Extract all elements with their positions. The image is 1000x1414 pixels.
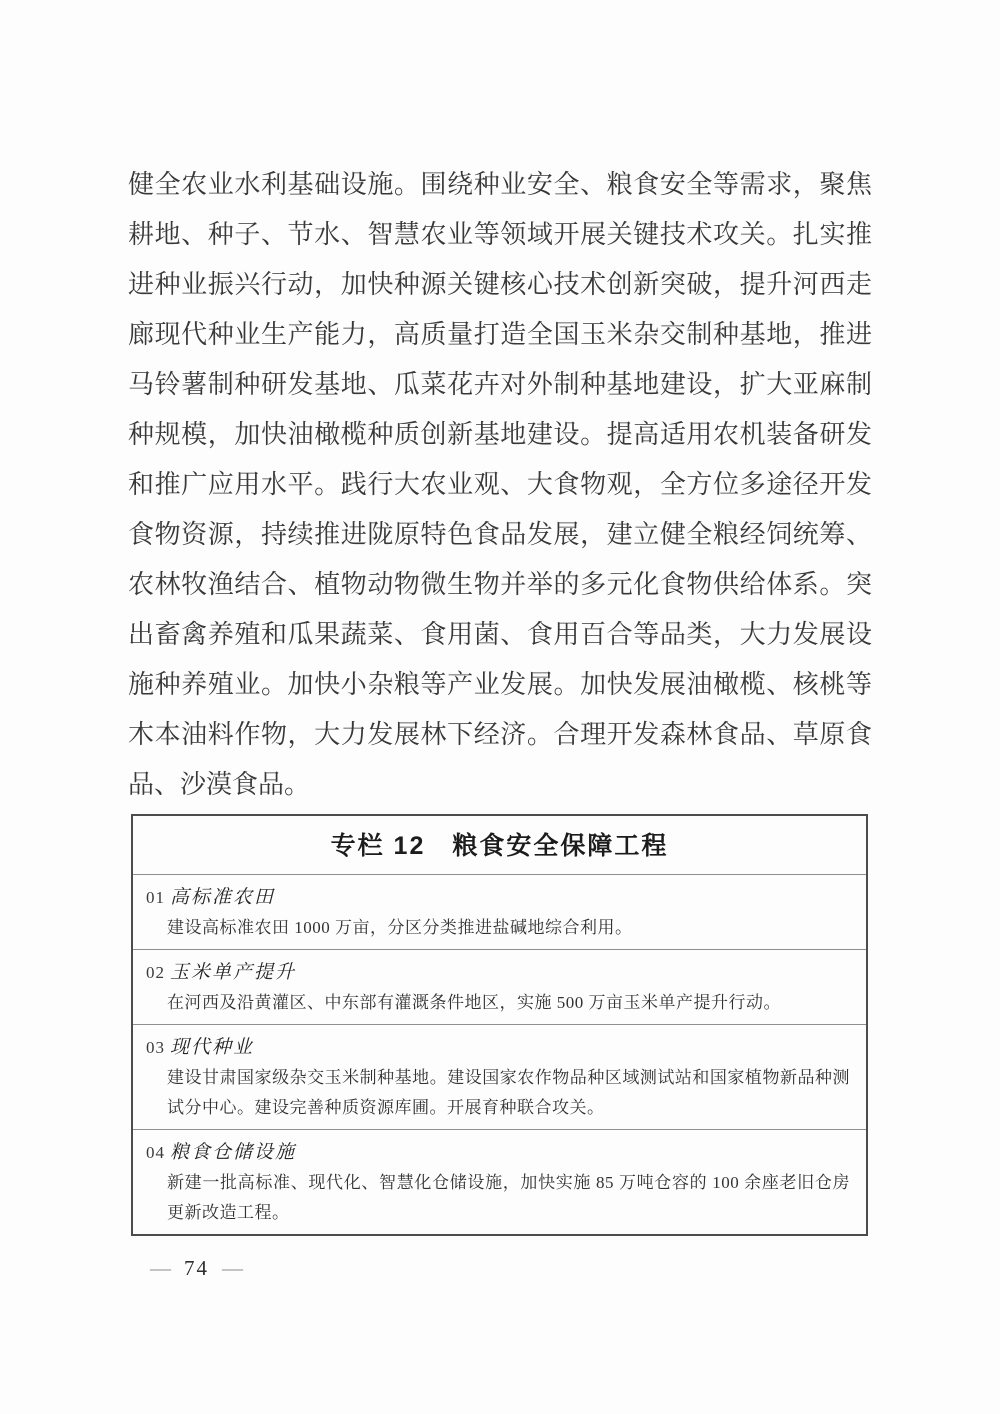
panel-item-description: 新建一批高标准、现代化、智慧化仓储设施，加快实施 85 万吨仓容的 100 余座… bbox=[167, 1168, 850, 1228]
panel-item-description: 建设甘肃国家级杂交玉米制种基地。建设国家农作物品种区域测试站和国家植物新品种测试… bbox=[167, 1063, 850, 1123]
paragraph-line: 种规模，加快油橄榄种质创新基地建设。提高适用农机装备研发 bbox=[128, 410, 872, 460]
document-page: 健全农业水利基础设施。围绕种业安全、粮食安全等需求，聚焦耕地、种子、节水、智慧农… bbox=[0, 0, 1000, 1414]
paragraph-line: 马铃薯制种研发基地、瓜菜花卉对外制种基地建设，扩大亚麻制 bbox=[128, 360, 872, 410]
paragraph-line: 和推广应用水平。践行大农业观、大食物观，全方位多途径开发 bbox=[128, 460, 872, 510]
panel-item-number: 01 bbox=[146, 885, 170, 910]
panel-item-list: 01 高标准农田 建设高标准农田 1000 万亩，分区分类推进盐碱地综合利用。 … bbox=[133, 874, 866, 1234]
paragraph-line: 农林牧渔结合、植物动物微生物并举的多元化食物供给体系。突 bbox=[128, 560, 872, 610]
panel-item-title: 现代种业 bbox=[170, 1035, 254, 1060]
panel-item: 01 高标准农田 建设高标准农田 1000 万亩，分区分类推进盐碱地综合利用。 bbox=[133, 874, 866, 949]
paragraph-line: 出畜禽养殖和瓜果蔬菜、食用菌、食用百合等品类，大力发展设 bbox=[128, 610, 872, 660]
panel-item-head: 04 粮食仓储设施 bbox=[146, 1140, 850, 1165]
panel-item-description: 在河西及沿黄灌区、中东部有灌溉条件地区，实施 500 万亩玉米单产提升行动。 bbox=[167, 988, 850, 1018]
paragraph-line: 品、沙漠食品。 bbox=[128, 760, 872, 810]
paragraph-line: 健全农业水利基础设施。围绕种业安全、粮食安全等需求，聚焦 bbox=[128, 160, 872, 210]
body-paragraph: 健全农业水利基础设施。围绕种业安全、粮食安全等需求，聚焦耕地、种子、节水、智慧农… bbox=[128, 160, 872, 810]
panel-item-title: 玉米单产提升 bbox=[170, 960, 296, 985]
paragraph-line: 进种业振兴行动，加快种源关键核心技术创新突破，提升河西走 bbox=[128, 260, 872, 310]
paragraph-line: 施种养殖业。加快小杂粮等产业发展。加快发展油橄榄、核桃等 bbox=[128, 660, 872, 710]
page-footer: — 74 — bbox=[150, 1254, 243, 1282]
panel-item-title: 粮食仓储设施 bbox=[170, 1140, 296, 1165]
panel-title: 专栏 12 粮食安全保障工程 bbox=[133, 816, 866, 874]
panel-item-head: 01 高标准农田 bbox=[146, 885, 850, 910]
panel-item: 03 现代种业 建设甘肃国家级杂交玉米制种基地。建设国家农作物品种区域测试站和国… bbox=[133, 1024, 866, 1129]
panel-item-title: 高标准农田 bbox=[170, 885, 275, 910]
paragraph-line: 耕地、种子、节水、智慧农业等领域开展关键技术攻关。扎实推 bbox=[128, 210, 872, 260]
panel-item-head: 03 现代种业 bbox=[146, 1035, 850, 1060]
panel-item-head: 02 玉米单产提升 bbox=[146, 960, 850, 985]
panel-item-number: 03 bbox=[146, 1035, 170, 1060]
panel-item: 04 粮食仓储设施 新建一批高标准、现代化、智慧化仓储设施，加快实施 85 万吨… bbox=[133, 1129, 866, 1234]
paragraph-line: 食物资源，持续推进陇原特色食品发展，建立健全粮经饲统筹、 bbox=[128, 510, 872, 560]
panel-item-number: 04 bbox=[146, 1140, 170, 1165]
footer-dash-right: — bbox=[222, 1254, 243, 1282]
paragraph-line: 廊现代种业生产能力，高质量打造全国玉米杂交制种基地，推进 bbox=[128, 310, 872, 360]
panel-box: 专栏 12 粮食安全保障工程 01 高标准农田 建设高标准农田 1000 万亩，… bbox=[131, 814, 868, 1236]
page-number: 74 bbox=[184, 1254, 209, 1282]
panel-item: 02 玉米单产提升 在河西及沿黄灌区、中东部有灌溉条件地区，实施 500 万亩玉… bbox=[133, 949, 866, 1024]
panel-item-description: 建设高标准农田 1000 万亩，分区分类推进盐碱地综合利用。 bbox=[167, 913, 850, 943]
footer-dash-left: — bbox=[150, 1254, 171, 1282]
panel-item-number: 02 bbox=[146, 960, 170, 985]
paragraph-line: 木本油料作物，大力发展林下经济。合理开发森林食品、草原食 bbox=[128, 710, 872, 760]
